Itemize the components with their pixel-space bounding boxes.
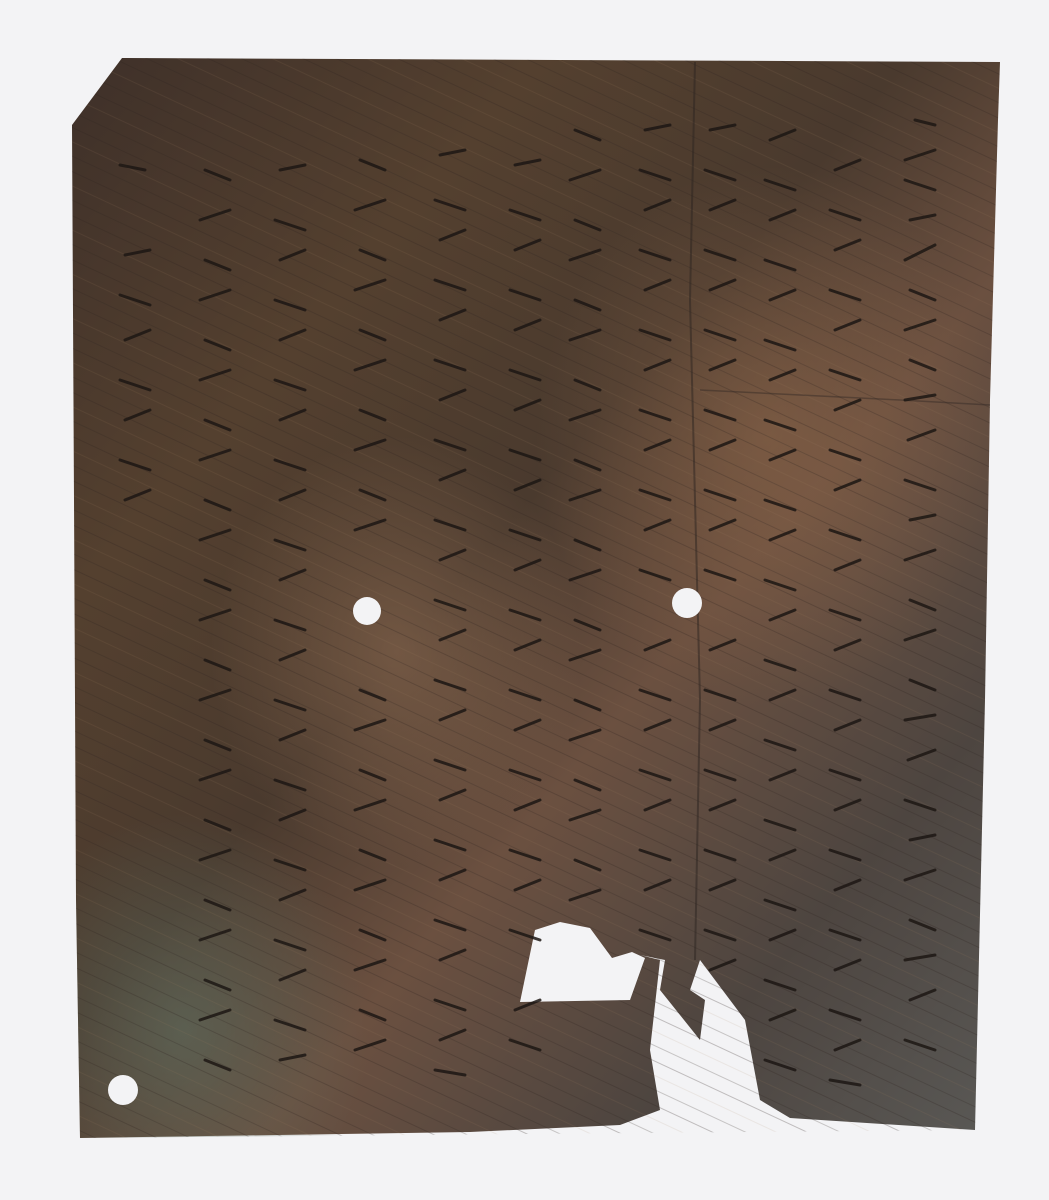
bronze-tablet-photo xyxy=(0,0,1049,1200)
rivet-hole xyxy=(108,1075,138,1105)
rivet-hole xyxy=(672,588,702,618)
tablet-illustration xyxy=(0,0,1049,1200)
rivet-hole xyxy=(353,597,381,625)
